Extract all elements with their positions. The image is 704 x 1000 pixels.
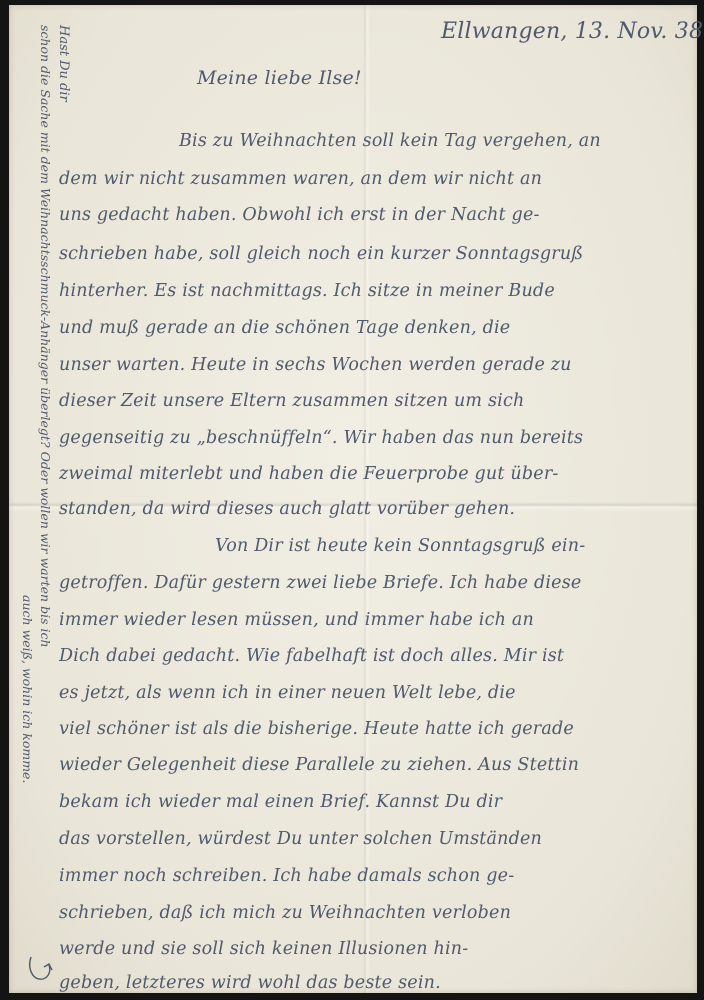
letter-line: werde und sie soll sich keinen Illusione… <box>59 939 699 959</box>
letter-line: hinterher. Es ist nachmittags. Ich sitze… <box>59 281 699 301</box>
letter-line: viel schöner ist als die bisherige. Heut… <box>59 719 699 739</box>
letter-line: es jetzt, als wenn ich in einer neuen We… <box>59 683 699 703</box>
margin-note: Hast Du dir <box>56 25 71 102</box>
letter-line: getroffen. Dafür gestern zwei liebe Brie… <box>59 573 699 593</box>
letter-line: schrieben, daß ich mich zu Weihnachten v… <box>59 903 699 923</box>
letter-line: immer noch schreiben. Ich habe damals sc… <box>59 866 699 886</box>
letter-line: geben, letzteres wird wohl das beste sei… <box>59 973 699 993</box>
letter-line: dem wir nicht zusammen waren, an dem wir… <box>59 169 699 189</box>
letter-line: zweimal miterlebt und haben die Feuerpro… <box>59 464 699 484</box>
letter-line: Dich dabei gedacht. Wie fabelhaft ist do… <box>59 646 699 666</box>
letter-line: Von Dir ist heute kein Sonntagsgruß ein- <box>215 536 704 556</box>
letter-line: Bis zu Weihnachten soll kein Tag vergehe… <box>179 131 704 151</box>
letter-line: immer wieder lesen müssen, und immer hab… <box>59 610 699 630</box>
letter-line: standen, da wird dieses auch glatt vorüb… <box>59 499 699 519</box>
letter-line: gegenseitig zu „beschnüffeln“. Wir haben… <box>59 428 699 448</box>
letter-line: und muß gerade an die schönen Tage denke… <box>59 318 699 338</box>
margin-note: auch weiß, wohin ich komme. <box>20 595 35 783</box>
letter-line: wieder Gelegenheit diese Parallele zu zi… <box>59 755 699 775</box>
letter-line: unser warten. Heute in sechs Wochen werd… <box>59 355 699 375</box>
letter-paper: Ellwangen, 13. Nov. 38 Meine liebe Ilse!… <box>9 5 697 993</box>
letter-line: das vorstellen, würdest Du unter solchen… <box>59 829 699 849</box>
letter-line: bekam ich wieder mal einen Brief. Kannst… <box>59 792 699 812</box>
margin-note: schon die Sache mit dem Weihnachtsschmuc… <box>38 25 53 648</box>
letter-dateline: Ellwangen, 13. Nov. 38 <box>441 19 703 44</box>
letter-line: dieser Zeit unsere Eltern zusammen sitze… <box>59 391 699 411</box>
letter-salutation: Meine liebe Ilse! <box>197 67 362 89</box>
letter-line: uns gedacht haben. Obwohl ich erst in de… <box>59 205 699 225</box>
letter-line: schrieben habe, soll gleich noch ein kur… <box>59 244 699 264</box>
margin-arrow-icon <box>27 955 55 985</box>
